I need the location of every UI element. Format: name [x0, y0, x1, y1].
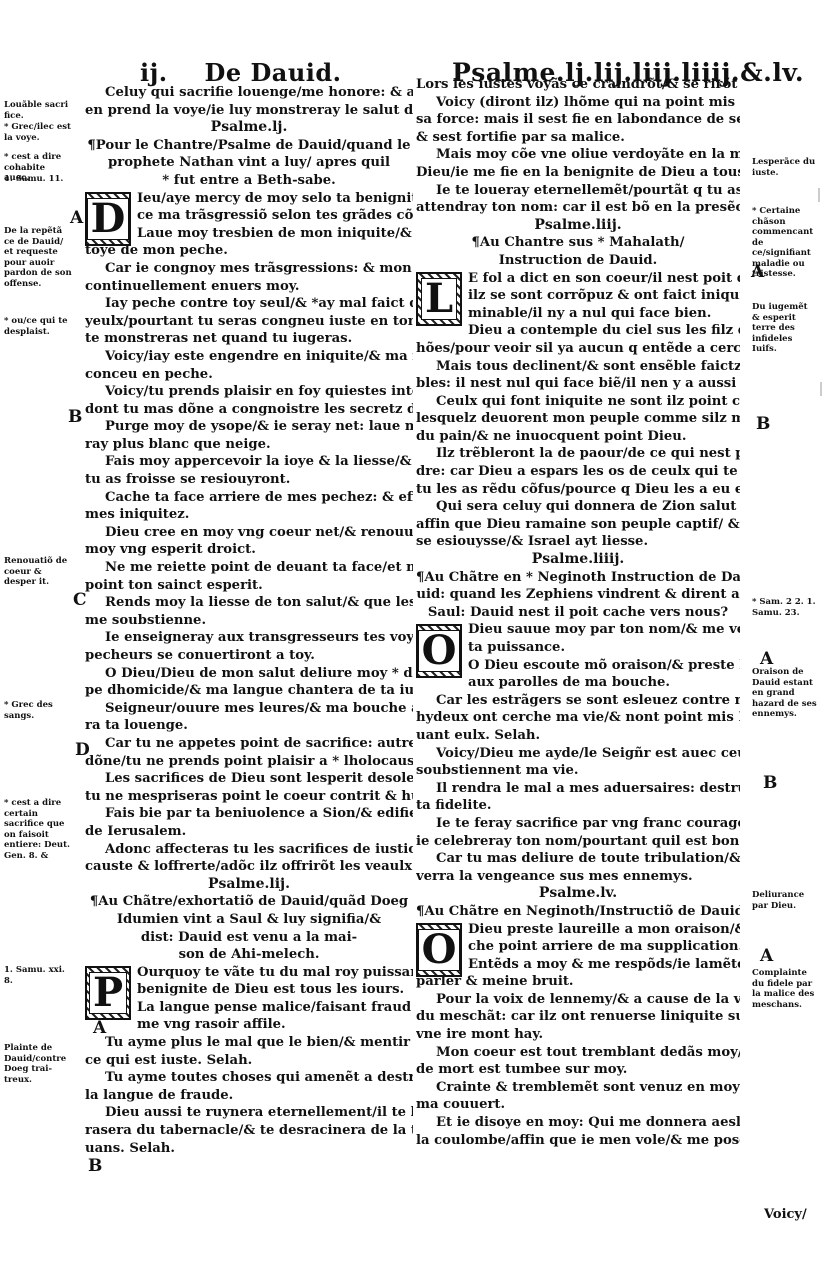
- text-line: conceu en peche.: [85, 366, 413, 384]
- margin-note: Complainte du fidele par la malice des m…: [752, 968, 818, 1010]
- text-line: Dieu a contemple du ciel sus les filz de…: [416, 322, 740, 340]
- section-marker-letter: A: [760, 946, 773, 966]
- margin-note: Louãble sacri fice.: [4, 100, 72, 121]
- rubric-line: ¶Au Chantre sus * Mahalath/: [416, 234, 740, 252]
- text-line: Ie enseigneray aux transgresseurs tes vo…: [85, 629, 413, 647]
- text-line: Mon coeur est tout tremblant dedãs moy/&…: [416, 1044, 740, 1062]
- text-line: Seigneur/ouure mes leures/& ma bouche an…: [85, 700, 413, 718]
- catchword: Voicy/: [764, 1207, 807, 1222]
- text-line: Voicy/Dieu me ayde/le Seigñr est auec ce…: [416, 745, 740, 763]
- text-line: en prend la voye/ie luy monstreray le sa…: [85, 102, 413, 120]
- text-line: Ilz trẽbleront la de paour/de ce qui nes…: [416, 445, 740, 463]
- margin-note: * ou/ce qui te desplaist.: [4, 316, 72, 337]
- text-line: minable/il ny a nul qui face bien.: [416, 305, 740, 323]
- text-line: O Dieu/Dieu de mon salut deliure moy * d…: [85, 665, 413, 683]
- text-line: parler & meine bruit.: [416, 973, 740, 991]
- text-line: Purge moy de ysope/& ie seray net: laue …: [85, 418, 413, 436]
- margin-note: Du iugemẽt & esperit terre des infideles…: [752, 302, 818, 355]
- text-line: ce ma trãsgressiõ selon tes grãdes cõpas…: [85, 207, 413, 225]
- text-line: E fol a dict en son coeur/il nest poit d…: [416, 270, 740, 288]
- text-line: du meschãt: car ilz ont renuerse liniqui…: [416, 1008, 740, 1026]
- rubric-line: ¶Au Chãtre/exhortatiõ de Dauid/quãd Doeg: [85, 893, 413, 911]
- decorated-initial: D: [85, 192, 131, 246]
- text-line: Ourquoy te vãte tu du mal roy puissant: …: [85, 964, 413, 982]
- scan-artifact: [818, 188, 820, 202]
- text-line: pecheurs se conuertiront a toy.: [85, 647, 413, 665]
- section-marker-letter: B: [756, 414, 770, 434]
- text-line: Pour la voix de lennemy/& a cause de la …: [416, 991, 740, 1009]
- psalm-heading: Psalme.liij.: [416, 217, 740, 235]
- section-marker-letter: A: [93, 1018, 106, 1038]
- margin-note: * cest a dire certain sacrifice que on f…: [4, 798, 72, 861]
- text-line: Iay peche contre toy seul/& *ay mal faic…: [85, 295, 413, 313]
- scan-artifact: [820, 382, 822, 396]
- psalm-heading: Psalme.lij.: [85, 876, 413, 894]
- margin-note: 1. Samu. xxi. 8.: [4, 965, 72, 986]
- text-line: sa force: mais il sest fie en labondance…: [416, 111, 740, 129]
- margin-note: De la repẽtã ce de Dauid/ et requeste po…: [4, 226, 72, 289]
- text-line: ie celebreray ton nom/pourtant quil est …: [416, 833, 740, 851]
- text-line: Ieu/aye mercy de moy selo ta benignite/e…: [85, 190, 413, 208]
- rubric-line: dist: Dauid est venu a la mai-: [85, 929, 413, 947]
- rubric-line: Saul: Dauid nest il poit cache vers nous…: [416, 604, 740, 622]
- text-line: che point arriere de ma supplication.: [416, 938, 740, 956]
- text-line: Laue moy tresbien de mon iniquite/& me n…: [85, 225, 413, 243]
- section-marker-letter: A: [760, 649, 773, 669]
- text-line: lesquelz deuorent mon peuple comme silz …: [416, 410, 740, 428]
- book-page: ij. De Dauid. Psalme.lj.lij.liij.liiij.&…: [0, 0, 826, 1261]
- section-marker-letter: B: [88, 1156, 102, 1176]
- margin-note: * Grec/ilec est la voye.: [4, 122, 72, 143]
- text-line: du pain/& ne inuocquent point Dieu.: [416, 428, 740, 446]
- text-line: me soubstienne.: [85, 612, 413, 630]
- text-line: Il rendra le mal a mes aduersaires: dest…: [416, 780, 740, 798]
- text-line: dre: car Dieu a espars les os de ceulx q…: [416, 463, 740, 481]
- text-line: Et ie disoye en moy: Qui me donnera aesl…: [416, 1114, 740, 1132]
- text-line: se esiouysse/& Israel ayt liesse.: [416, 533, 740, 551]
- text-line: O Dieu escoute mõ oraison/& preste laure…: [416, 657, 740, 675]
- text-line: Car tu mas deliure de toute tribulation/…: [416, 850, 740, 868]
- text-line: Tu ayme toutes choses qui amenẽt a destr…: [85, 1069, 413, 1087]
- text-line: continuellement enuers moy.: [85, 278, 413, 296]
- text-line: ray plus blanc que neige.: [85, 436, 413, 454]
- initial-letter: D: [87, 198, 130, 240]
- text-line: rasera du tabernacle/& te desracinera de…: [85, 1122, 413, 1140]
- text-line: yeulx/pourtant tu seras congneu iuste en…: [85, 313, 413, 331]
- text-line: Fais moy appercevoir la ioye & la liesse…: [85, 453, 413, 471]
- text-line: Dieu aussi te ruynera eternellement/il t…: [85, 1104, 413, 1122]
- text-line: Cache ta face arriere de mes pechez: & e…: [85, 489, 413, 507]
- text-line: aux parolles de ma bouche.: [416, 674, 740, 692]
- margin-note: Deliurance par Dieu.: [752, 890, 818, 911]
- rubric-line: son de Ahi-melech.: [85, 946, 413, 964]
- running-head-left: ij. De Dauid.: [140, 58, 342, 87]
- text-line: verra la vengeance sus mes ennemys.: [416, 868, 740, 886]
- rubric-line: ¶Au Chãtre en * Neginoth Instruction de …: [416, 569, 740, 587]
- margin-note: Renouatiõ de coeur & desper it.: [4, 556, 72, 588]
- text-line: ta fidelite.: [416, 797, 740, 815]
- text-line: bles: il nest nul qui face biẽ/il nen y …: [416, 375, 740, 393]
- text-line: la coulombe/affin que ie men vole/& me p…: [416, 1132, 740, 1150]
- margin-note: * Grec des sangs.: [4, 700, 72, 721]
- decorated-initial: O: [416, 624, 462, 678]
- text-line: Ie te loueray eternellemẽt/pourtãt q tu …: [416, 182, 740, 200]
- text-line: Ie te feray sacrifice par vng franc cour…: [416, 815, 740, 833]
- text-line: hões/pour veoir sil ya aucun q entẽde a …: [416, 340, 740, 358]
- text-line: de Ierusalem.: [85, 823, 413, 841]
- initial-letter: L: [421, 278, 457, 320]
- text-line: de mort est tumbee sur moy.: [416, 1061, 740, 1079]
- rubric-line: Instruction de Dauid.: [416, 252, 740, 270]
- text-line: Adonc affecteras tu les sacrifices de iu…: [85, 841, 413, 859]
- initial-letter: P: [89, 972, 127, 1014]
- right-text-column: Lors les iustes voyãs ce craindrõt/& se …: [416, 76, 740, 1149]
- section-marker-letter: C: [73, 590, 87, 610]
- text-line: causte & loffrerte/adõc ilz offrirõt les…: [85, 858, 413, 876]
- text-line: toye de mon peche.: [85, 242, 413, 260]
- psalm-heading: Psalme.lj.: [85, 119, 413, 137]
- text-line: Mais tous declinent/& sont ensẽble faict…: [416, 358, 740, 376]
- text-line: Qui sera celuy qui donnera de Zion salut…: [416, 498, 740, 516]
- text-line: attendray ton nom: car il est bõ en la p…: [416, 199, 740, 217]
- text-line: Celuy qui sacrifie louenge/me honore: & …: [85, 84, 413, 102]
- text-line: uant eulx. Selah.: [416, 727, 740, 745]
- text-line: Ceulx qui font iniquite ne sont ilz poin…: [416, 393, 740, 411]
- text-line: Rends moy la liesse de ton salut/& que l…: [85, 594, 413, 612]
- text-line: ma couuert.: [416, 1096, 740, 1114]
- text-line: dõne/tu ne prends point plaisir a * lhol…: [85, 753, 413, 771]
- text-line: hydeux ont cerche ma vie/& nont point mi…: [416, 709, 740, 727]
- folio-number: ij.: [140, 58, 168, 87]
- text-line: pe dhomicide/& ma langue chantera de ta …: [85, 682, 413, 700]
- text-line: Car ie congnoy mes trãsgressions: & mon …: [85, 260, 413, 278]
- text-line: uans. Selah.: [85, 1140, 413, 1158]
- initial-letter: O: [418, 929, 461, 971]
- text-line: Dieu sauue moy par ton nom/& me vege par: [416, 621, 740, 639]
- text-line: Crainte & tremblemẽt sont venuz en moy/&…: [416, 1079, 740, 1097]
- left-text-column: Celuy qui sacrifie louenge/me honore: & …: [85, 84, 413, 1157]
- psalm-heading: Psalme.lv.: [416, 885, 740, 903]
- text-line: Mais moy cõe vne oliue verdoyãte en la m…: [416, 146, 740, 164]
- text-line: affin que Dieu ramaine son peuple captif…: [416, 516, 740, 534]
- text-line: benignite de Dieu est tous les iours.: [85, 981, 413, 999]
- text-line: Voicy/tu prends plaisir en foy quiestes …: [85, 383, 413, 401]
- text-line: La langue pense malice/faisant fraud com: [85, 999, 413, 1017]
- rubric-line: Idumien vint a Saul & luy signifia/&: [85, 911, 413, 929]
- section-marker-letter: B: [763, 773, 777, 793]
- text-line: te monstreras net quand tu iugeras.: [85, 330, 413, 348]
- section-marker-letter: A: [70, 208, 83, 228]
- text-line: la langue de fraude.: [85, 1087, 413, 1105]
- margin-note: 1. Samu. 11.: [4, 174, 72, 185]
- margin-note: Lesperãce du iuste.: [752, 157, 818, 178]
- text-line: Car tu ne appetes point de sacrifice: au…: [85, 735, 413, 753]
- text-line: dont tu mas dõne a congnoistre les secre…: [85, 401, 413, 419]
- margin-note: Plainte de Dauid/contre Doeg trai- treux…: [4, 1043, 72, 1085]
- text-line: Voicy/iay este engendre en iniquite/& ma…: [85, 348, 413, 366]
- text-line: ta puissance.: [416, 639, 740, 657]
- section-marker-letter: B: [68, 407, 82, 427]
- decorated-initial: O: [416, 923, 462, 977]
- text-line: Car les estrãgers se sont esleuez contre…: [416, 692, 740, 710]
- psalm-heading: Psalme.liiij.: [416, 551, 740, 569]
- text-line: ra ta louenge.: [85, 717, 413, 735]
- text-line: tu les as rẽdu cõfus/pource q Dieu les a…: [416, 481, 740, 499]
- text-line: point ton sainct esperit.: [85, 577, 413, 595]
- text-line: Lors les iustes voyãs ce craindrõt/& se …: [416, 76, 740, 94]
- text-line: tu ne mespriseras point le coeur contrit…: [85, 788, 413, 806]
- section-marker-letter: A: [751, 262, 764, 282]
- text-line: vne ire mont hay.: [416, 1026, 740, 1044]
- rubric-line: * fut entre a Beth-sabe.: [85, 172, 413, 190]
- rubric-line: uid: quand les Zephiens vindrent & diren…: [416, 586, 740, 604]
- text-line: Voicy (diront ilz) lhõme qui na point mi…: [416, 94, 740, 112]
- initial-letter: O: [418, 630, 461, 672]
- text-line: ilz se sont corrõpuz & ont faict iniquit…: [416, 287, 740, 305]
- text-line: Dieu preste laureille a mon oraison/& ne…: [416, 921, 740, 939]
- margin-note: Oraison de Dauid estant en grand hazard …: [752, 667, 818, 720]
- rubric-line: ¶Au Chãtre en Neginoth/Instructiõ de Dau…: [416, 903, 740, 921]
- decorated-initial: L: [416, 272, 462, 326]
- text-line: Fais bie par ta beniuolence a Sion/& edi…: [85, 805, 413, 823]
- rubric-line: ¶Pour le Chantre/Psalme de Dauid/quand l…: [85, 137, 413, 155]
- text-line: ce qui est iuste. Selah.: [85, 1052, 413, 1070]
- running-title-left: De Dauid.: [205, 58, 342, 87]
- text-line: Ne me reiette point de deuant ta face/et…: [85, 559, 413, 577]
- text-line: & sest fortifie par sa malice.: [416, 129, 740, 147]
- text-line: Entẽds a moy & me respõds/ie lamẽte en m…: [416, 956, 740, 974]
- section-marker-letter: D: [75, 740, 90, 760]
- text-line: soubstiennent ma vie.: [416, 762, 740, 780]
- text-line: Dieu/ie me fie en la benignite de Dieu a…: [416, 164, 740, 182]
- text-line: me vng rasoir affile.: [85, 1016, 413, 1034]
- text-line: Tu ayme plus le mal que le bien/& mentir…: [85, 1034, 413, 1052]
- text-line: moy vng esperit droict.: [85, 541, 413, 559]
- text-line: Dieu cree en moy vng coeur net/& renouue…: [85, 524, 413, 542]
- text-line: mes iniquitez.: [85, 506, 413, 524]
- decorated-initial: P: [85, 966, 131, 1020]
- margin-note: * Sam. 2 2. 1. Samu. 23.: [752, 597, 818, 618]
- text-line: Les sacrifices de Dieu sont lesperit des…: [85, 770, 413, 788]
- text-line: tu as froisse se resiouyront.: [85, 471, 413, 489]
- rubric-line: prophete Nathan vint a luy/ apres quil: [85, 154, 413, 172]
